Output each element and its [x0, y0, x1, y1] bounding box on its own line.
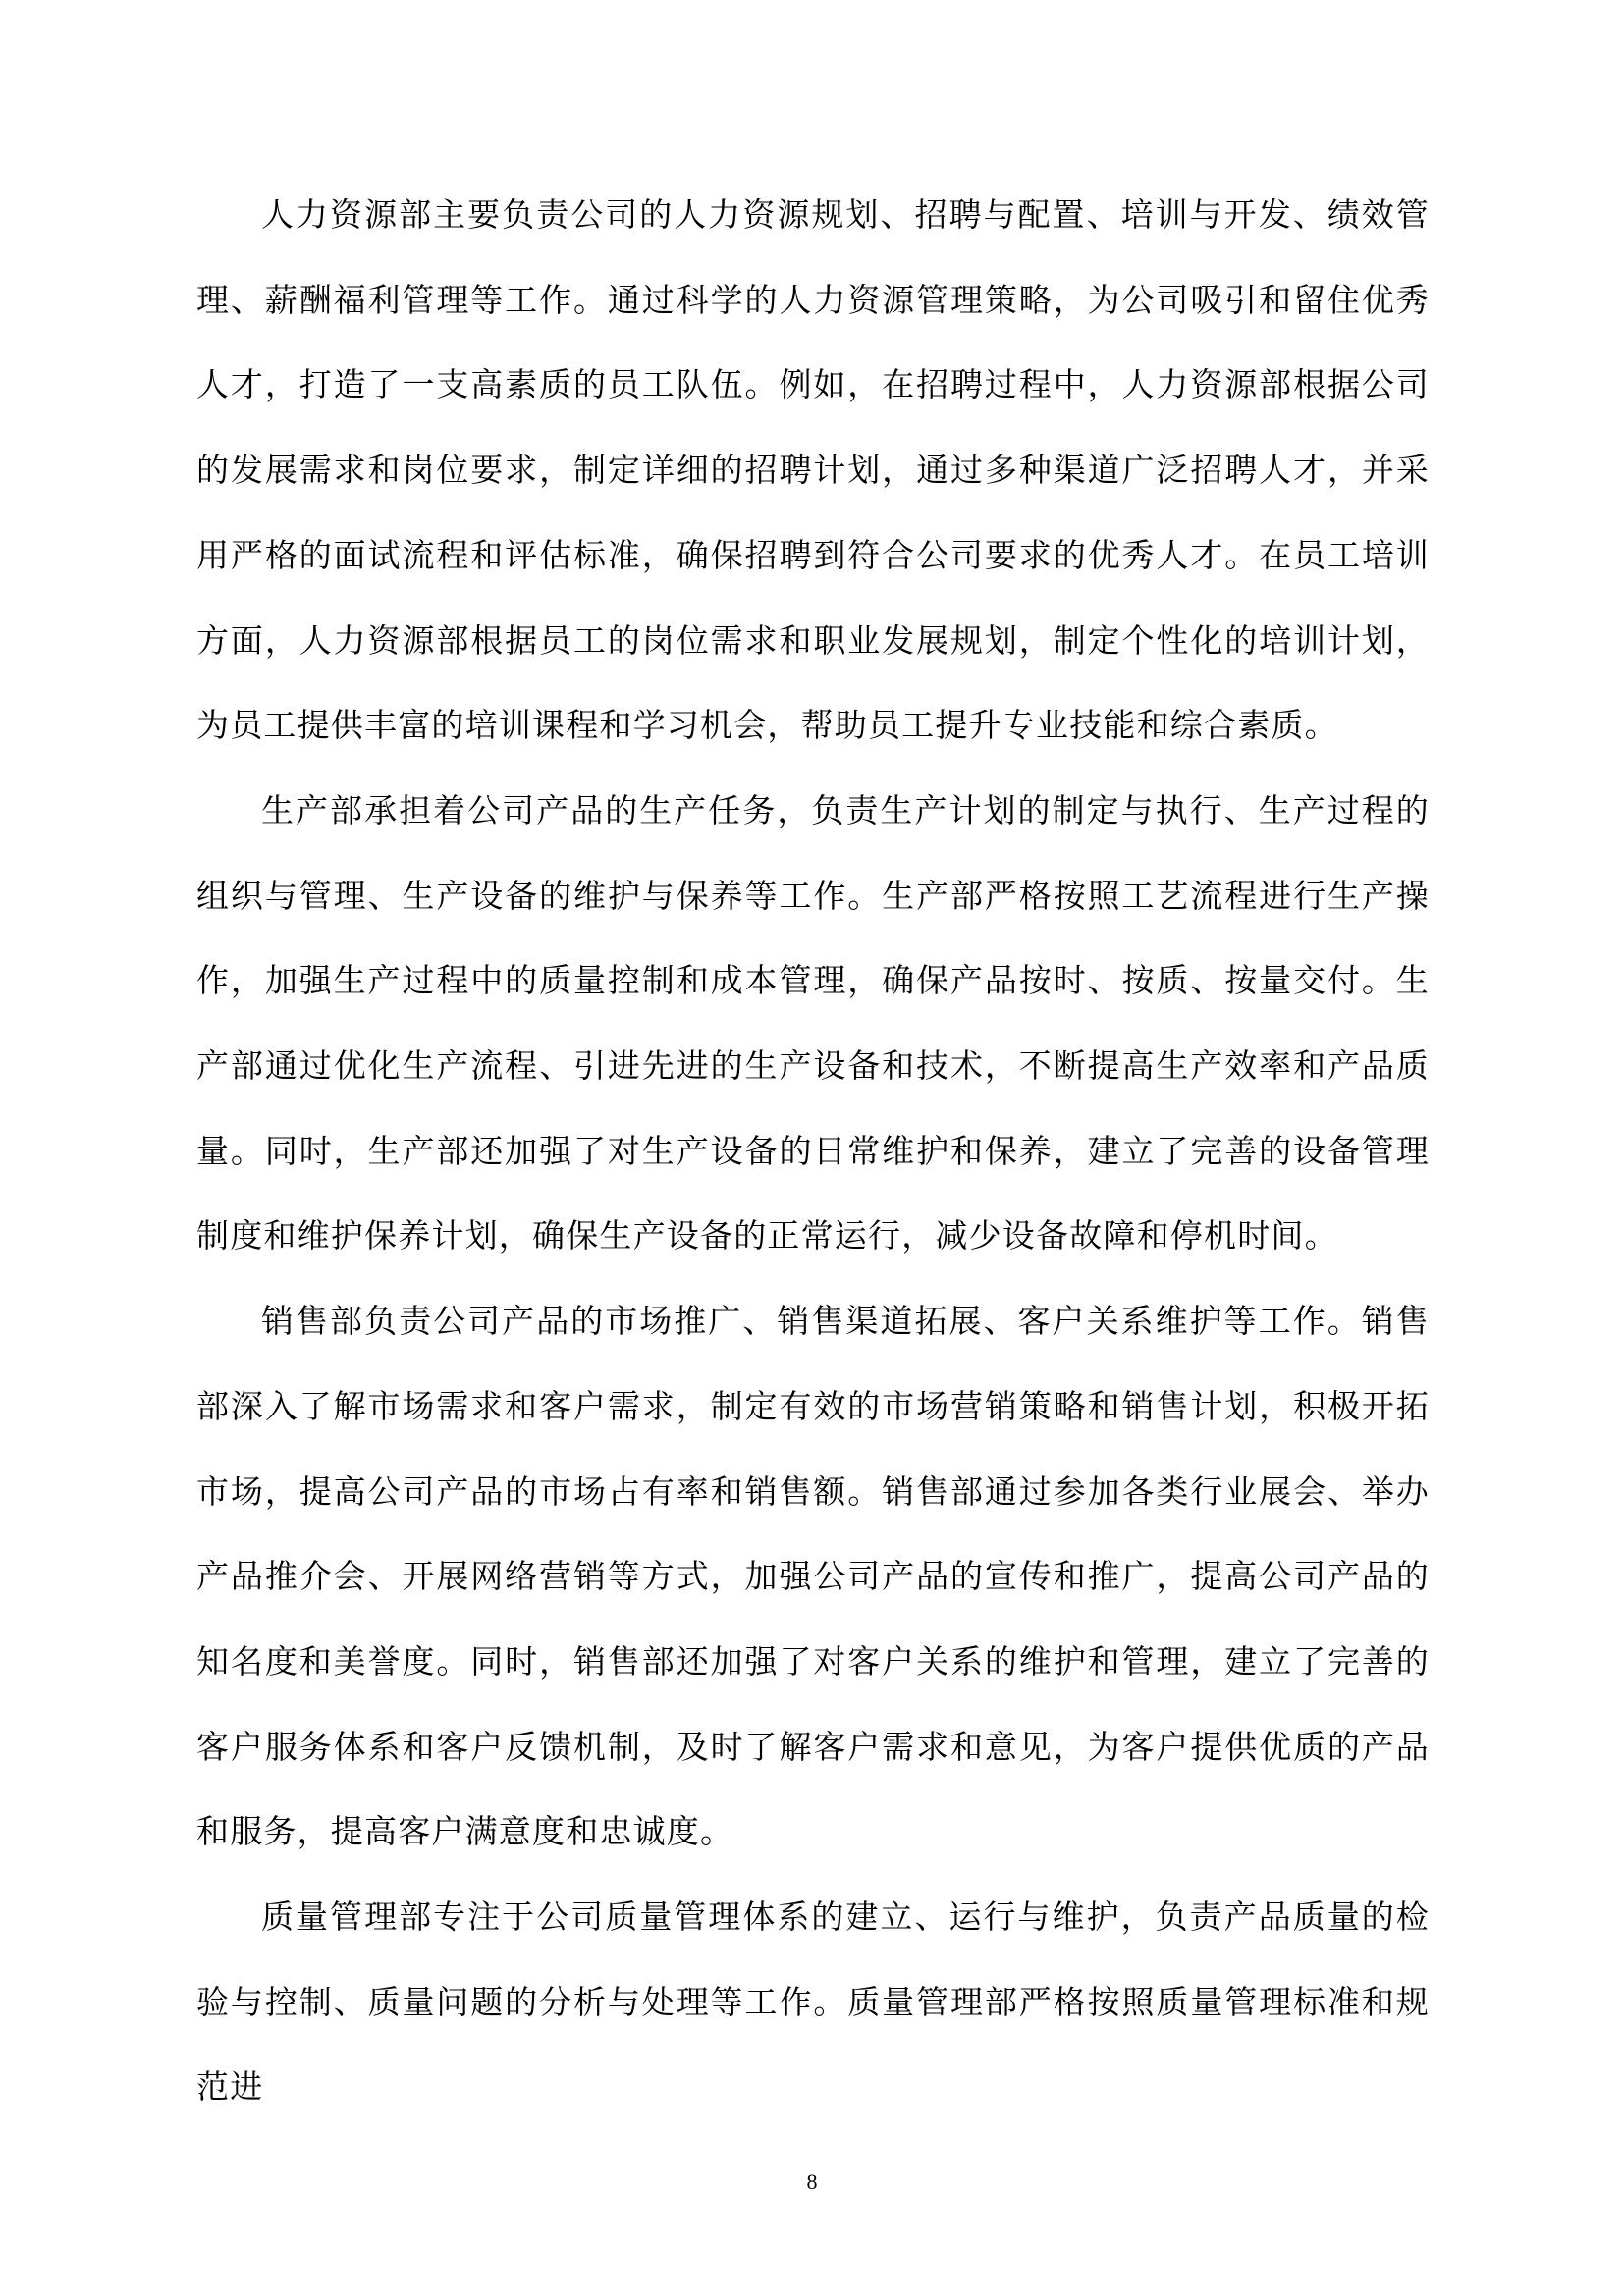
- page-number: 8: [807, 2169, 818, 2194]
- page-number-footer: 8: [0, 2167, 1624, 2197]
- document-page: 人力资源部主要负责公司的人力资源规划、招聘与配置、培训与开发、绩效管理、薪酬福利…: [0, 0, 1624, 2296]
- paragraph-quality-department: 质量管理部专注于公司质量管理体系的建立、运行与维护，负责产品质量的检验与控制、质…: [196, 1876, 1430, 2131]
- paragraph-production-department: 生产部承担着公司产品的生产任务，负责生产计划的制定与执行、生产过程的组织与管理、…: [196, 770, 1430, 1280]
- paragraph-hr-department: 人力资源部主要负责公司的人力资源规划、招聘与配置、培训与开发、绩效管理、薪酬福利…: [196, 174, 1430, 770]
- text-body: 人力资源部主要负责公司的人力资源规划、招聘与配置、培训与开发、绩效管理、薪酬福利…: [196, 174, 1430, 2131]
- paragraph-sales-department: 销售部负责公司产品的市场推广、销售渠道拓展、客户关系维护等工作。销售部深入了解市…: [196, 1280, 1430, 1876]
